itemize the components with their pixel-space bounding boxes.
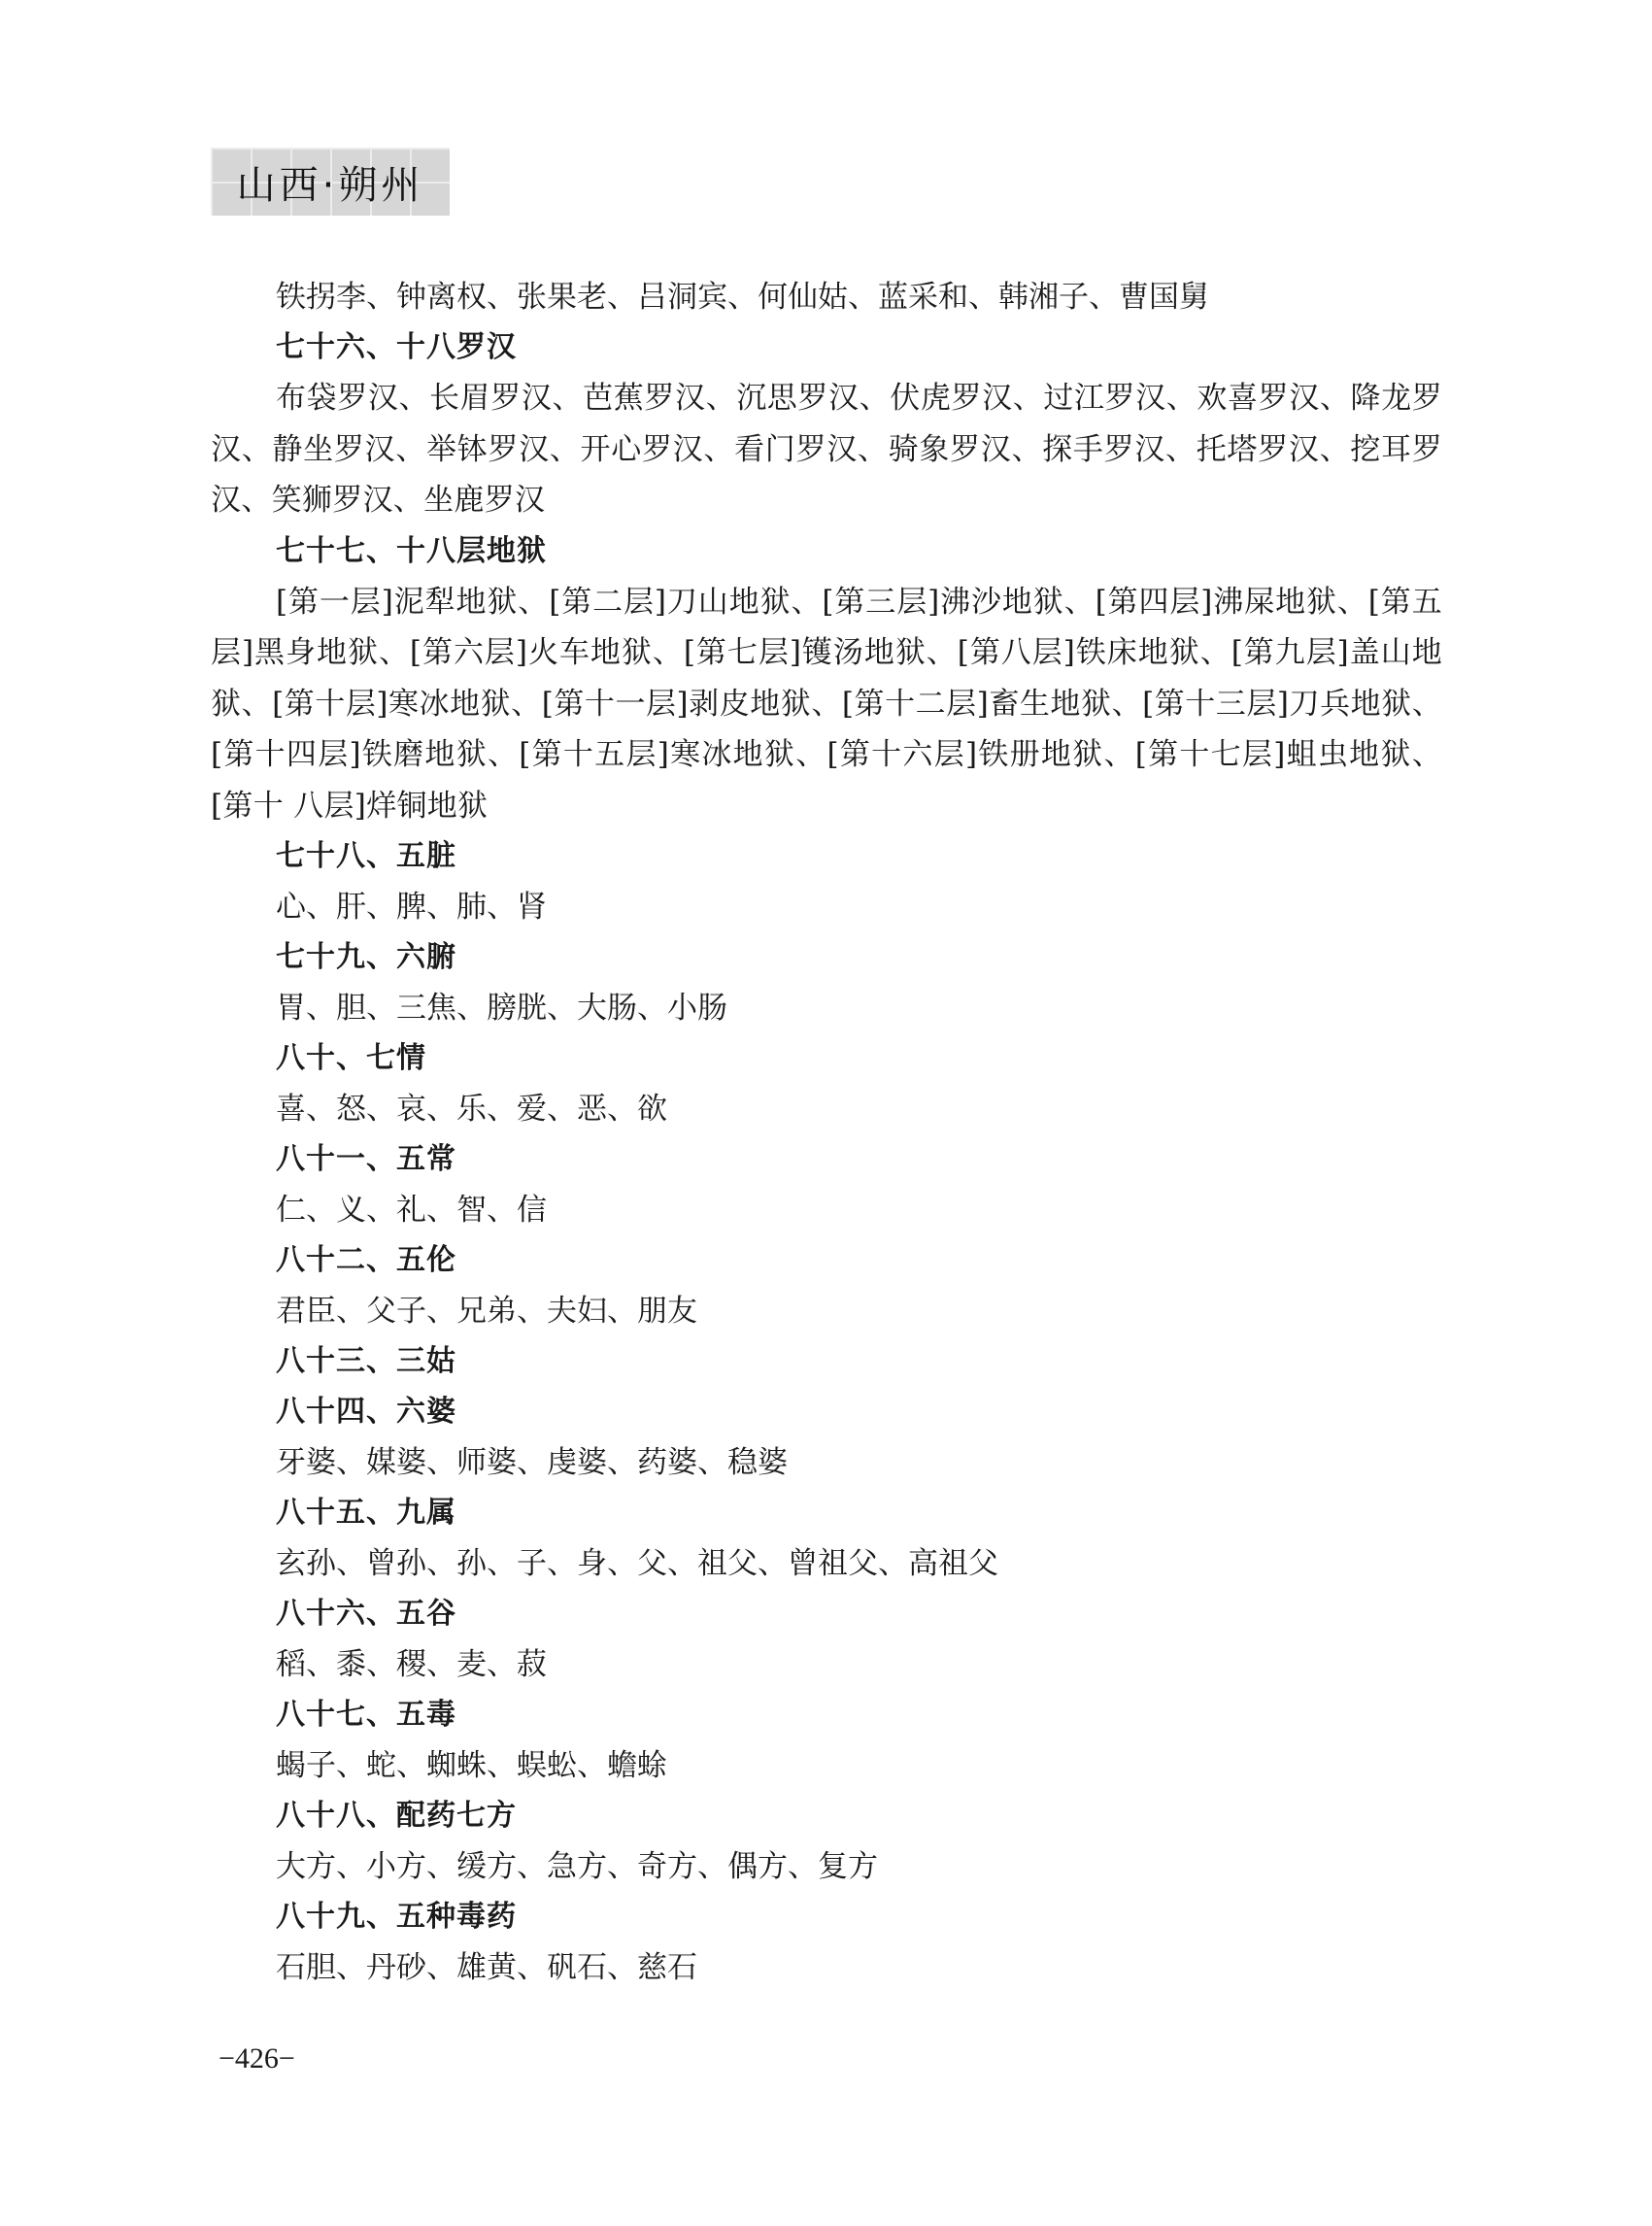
section-heading: 八十九、五种毒药: [211, 1892, 1442, 1942]
body-text: 稻、黍、稷、麦、菽: [211, 1639, 1442, 1690]
body-text: 蝎子、蛇、蜘蛛、蜈蚣、蟾蜍: [211, 1740, 1442, 1791]
body-text: 仁、义、礼、智、信: [211, 1185, 1442, 1235]
section-heading: 七十六、十八罗汉: [211, 322, 1442, 373]
body-paragraph: 布袋罗汉、长眉罗汉、芭蕉罗汉、沉思罗汉、伏虎罗汉、过江罗汉、欢喜罗汉、降龙罗汉、…: [211, 373, 1442, 526]
body-text: 喜、怒、哀、乐、爱、恶、欲: [211, 1084, 1442, 1134]
body-text: 牙婆、媒婆、师婆、虔婆、药婆、稳婆: [211, 1437, 1442, 1488]
section-heading: 八十四、六婆: [211, 1387, 1442, 1437]
section-heading: 八十八、配药七方: [211, 1791, 1442, 1841]
section-heading: 七十九、六腑: [211, 932, 1442, 983]
section-heading: 七十七、十八层地狱: [211, 526, 1442, 577]
section-heading: 八十六、五谷: [211, 1589, 1442, 1639]
body-text: 心、肝、脾、肺、肾: [211, 882, 1442, 932]
body-text: 石胆、丹砂、雄黄、矾石、慈石: [211, 1942, 1442, 1993]
running-header: 山西·朔州: [211, 148, 450, 216]
section-heading: 八十五、九属: [211, 1488, 1442, 1538]
section-heading: 八十七、五毒: [211, 1690, 1442, 1740]
section-heading: 七十八、五脏: [211, 831, 1442, 882]
section-heading: 八十三、三姑: [211, 1336, 1442, 1387]
page-body: 铁拐李、钟离权、张果老、吕洞宾、何仙姑、蓝采和、韩湘子、曹国舅 七十六、十八罗汉…: [211, 272, 1442, 1993]
body-text: 玄孙、曾孙、孙、子、身、父、祖父、曾祖父、高祖父: [211, 1538, 1442, 1589]
body-text: 君臣、父子、兄弟、夫妇、朋友: [211, 1286, 1442, 1336]
body-paragraph: [第一层]泥犁地狱、[第二层]刀山地狱、[第三层]沸沙地狱、[第四层]沸屎地狱、…: [211, 577, 1442, 832]
page-number: −426−: [219, 2042, 295, 2075]
body-text: 胃、胆、三焦、膀胱、大肠、小肠: [211, 983, 1442, 1033]
body-text: 大方、小方、缓方、急方、奇方、偶方、复方: [211, 1841, 1442, 1892]
header-title: 山西·朔州: [237, 154, 424, 210]
section-heading: 八十、七情: [211, 1033, 1442, 1084]
section-heading: 八十一、五常: [211, 1134, 1442, 1185]
section-heading: 八十二、五伦: [211, 1235, 1442, 1286]
body-text: 铁拐李、钟离权、张果老、吕洞宾、何仙姑、蓝采和、韩湘子、曹国舅: [211, 272, 1442, 322]
